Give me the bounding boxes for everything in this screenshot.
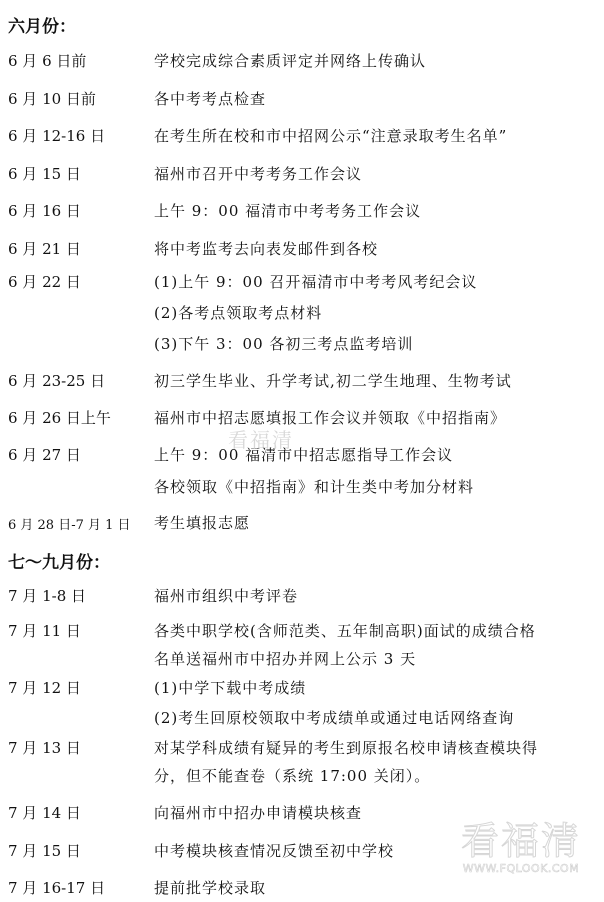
schedule-date: 7 月 14 日	[8, 802, 81, 823]
schedule-desc: (1)中学下载中考成绩	[154, 677, 306, 698]
schedule-desc: 对某学科成绩有疑异的考生到原报名校申请核查模块得	[154, 737, 538, 758]
schedule-date: 7 月 13 日	[8, 737, 81, 758]
schedule-desc: 中考模块核查情况反馈至初中学校	[154, 840, 394, 861]
schedule-desc: 福州市组织中考评卷	[154, 585, 298, 606]
schedule-date: 7 月 15 日	[8, 840, 81, 861]
schedule-desc: 福州市中招志愿填报工作会议并领取《中招指南》	[154, 407, 506, 428]
schedule-desc: 将中考监考去向表发邮件到各校	[154, 238, 378, 259]
schedule-desc: 各中考考点检查	[154, 88, 266, 109]
schedule-desc: 上午 9：00 福清市中招志愿指导工作会议	[154, 444, 453, 465]
schedule-date: 6 月 21 日	[8, 238, 81, 259]
watermark-logo-text: 看福清	[446, 820, 596, 862]
schedule-date: 7 月 1-8 日	[8, 585, 86, 606]
schedule-desc: 上午 9：00 福清市中考考务工作会议	[154, 200, 421, 221]
schedule-desc-continuation: (2)各考点领取考点材料	[154, 302, 322, 323]
schedule-date: 6 月 10 日前	[8, 88, 96, 109]
section-heading-june: 六月份：	[8, 12, 76, 37]
schedule-desc: 在考生所在校和市中招网公示“注意录取考生名单”	[154, 125, 507, 146]
schedule-desc: 学校完成综合素质评定并网络上传确认	[154, 50, 426, 71]
schedule-desc-continuation: 各校领取《中招指南》和计生类中考加分材料	[154, 476, 474, 497]
schedule-date: 6 月 26 日上午	[8, 407, 111, 428]
schedule-date: 7 月 11 日	[8, 620, 81, 641]
schedule-desc-continuation: 分，但不能查卷（系统 17:00 关闭）。	[154, 765, 430, 786]
schedule-desc: 提前批学校录取	[154, 877, 266, 898]
schedule-desc: 初三学生毕业、升学考试,初二学生地理、生物考试	[154, 370, 512, 391]
schedule-date: 6 月 28 日-7 月 1 日	[8, 514, 131, 533]
schedule-date: 6 月 6 日前	[8, 50, 86, 71]
schedule-date: 6 月 15 日	[8, 163, 81, 184]
schedule-desc-continuation: (2)考生回原校领取中考成绩单或通过电话网络查询	[154, 707, 514, 728]
schedule-desc-continuation: (3)下午 3：00 各初三考点监考培训	[154, 333, 413, 354]
schedule-desc: (1)上午 9：00 召开福清市中考考风考纪会议	[154, 271, 477, 292]
schedule-date: 6 月 22 日	[8, 271, 81, 292]
schedule-desc: 福州市召开中考考务工作会议	[154, 163, 362, 184]
watermark-url: WWW.FQLOOK.COM	[446, 862, 596, 875]
schedule-date: 6 月 27 日	[8, 444, 81, 465]
schedule-date: 6 月 23-25 日	[8, 370, 105, 391]
schedule-date: 7 月 16-17 日	[8, 877, 105, 898]
section-heading-july-september: 七～九月份：	[8, 548, 110, 573]
watermark-logo: 看福清 WWW.FQLOOK.COM	[446, 820, 596, 875]
schedule-desc-continuation: 名单送福州市中招办并网上公示 3 天	[154, 648, 416, 669]
schedule-date: 6 月 16 日	[8, 200, 81, 221]
schedule-desc: 向福州市中招办申请模块核查	[154, 802, 362, 823]
schedule-desc: 各类中职学校(含师范类、五年制高职)面试的成绩合格	[154, 620, 536, 641]
schedule-date: 6 月 12-16 日	[8, 125, 105, 146]
watermark-center: 看福清	[228, 424, 294, 453]
schedule-date: 7 月 12 日	[8, 677, 81, 698]
schedule-desc: 考生填报志愿	[154, 512, 250, 533]
